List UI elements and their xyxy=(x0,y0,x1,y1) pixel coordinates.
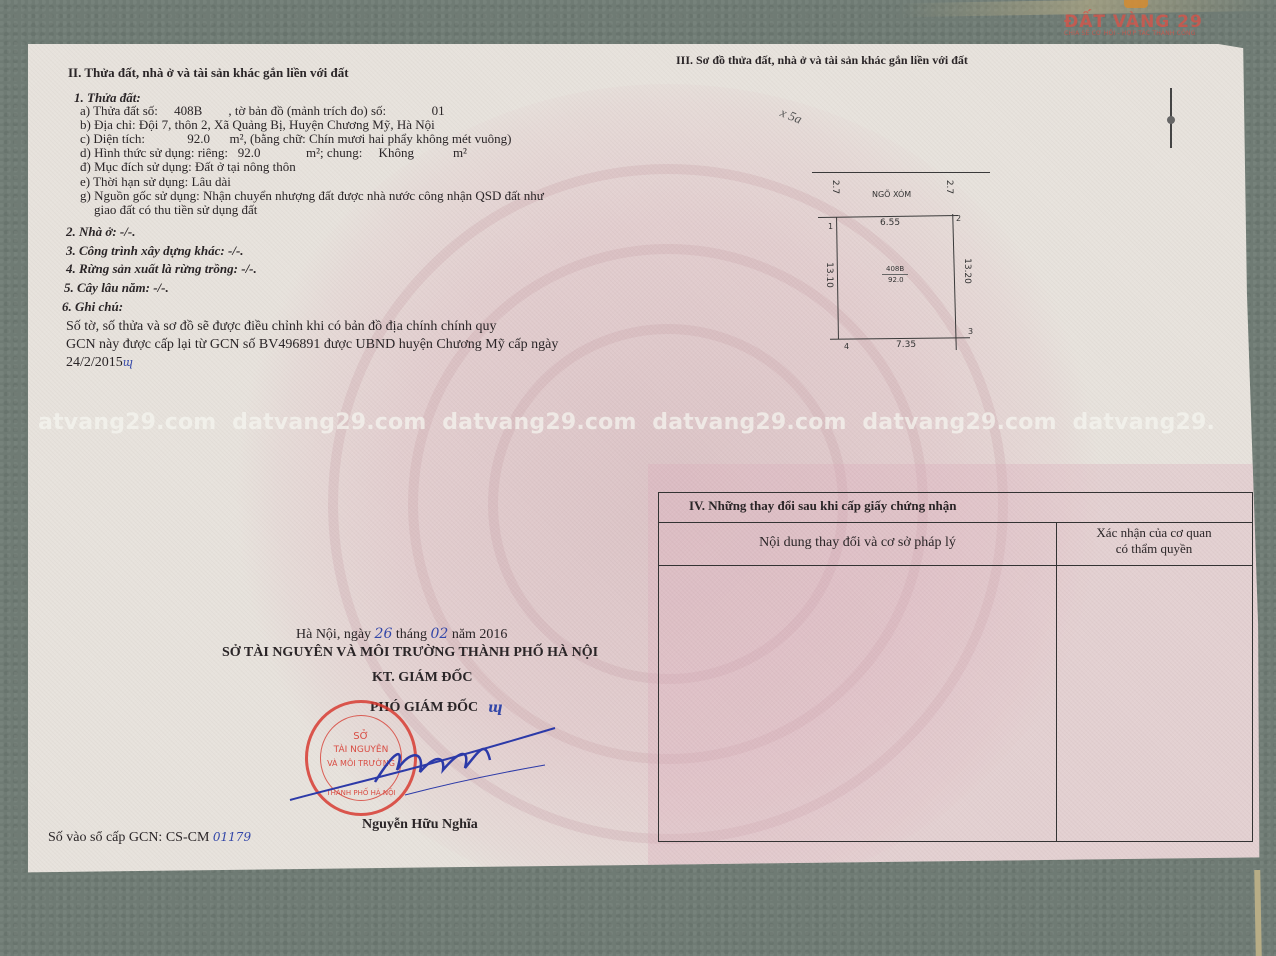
changes-table: IV. Những thay đổi sau khi cấp giấy chứn… xyxy=(658,492,1253,842)
brand-name: ĐẤT VÀNG 29 xyxy=(1064,12,1203,32)
brand-watermark: ĐẤT VÀNG 29 CHIA SẺ CƠ HỘI - HỢP TÁC THÀ… xyxy=(1064,12,1203,37)
on-behalf-title: KT. GIÁM ĐỐC xyxy=(372,670,472,686)
other-construction-item: 3. Công trình xây dựng khác: -/-. xyxy=(66,243,244,259)
signer-name: Nguyễn Hữu Nghĩa xyxy=(362,817,478,833)
column-content-header: Nội dung thay đổi và cơ sở pháp lý xyxy=(659,535,1056,551)
date-day: 26 xyxy=(375,626,393,642)
floor-line xyxy=(1254,870,1262,956)
north-arrow-dot xyxy=(1167,116,1175,124)
vertex-2: 2 xyxy=(956,214,961,223)
notes-heading: 6. Ghi chú: xyxy=(62,299,123,315)
road-width-left: 2.7 xyxy=(830,180,840,194)
road-label: NGÕ XÓM xyxy=(872,190,911,199)
brand-tagline: CHIA SẺ CƠ HỘI - HỢP TÁC THÀNH CÔNG xyxy=(1064,30,1203,37)
changes-table-column-headers: Nội dung thay đổi và cơ sở pháp lý Xác n… xyxy=(659,523,1252,566)
edge-right-length: 13.20 xyxy=(962,258,972,284)
column-confirmation-header-1: Xác nhận của cơ quan xyxy=(1056,525,1252,541)
changes-table-header: IV. Những thay đổi sau khi cấp giấy chứn… xyxy=(659,493,1252,523)
vertex-3: 3 xyxy=(968,327,973,336)
position-initials: ɰ xyxy=(488,700,503,716)
watermark-text: atvang29.com datvang29.com datvang29.com… xyxy=(38,410,1276,435)
edge-top-length: 6.55 xyxy=(880,218,900,228)
forest-item: 4. Rừng sản xuất là rừng trồng: -/-. xyxy=(66,261,257,277)
note-line-1: Số tờ, số thửa và sơ đồ sẽ được điều chỉ… xyxy=(66,319,497,335)
date-month: 02 xyxy=(430,626,448,642)
edge-left xyxy=(836,217,839,339)
section-3-title: III. Sơ đồ thửa đất, nhà ở và tài sản kh… xyxy=(676,53,968,68)
vertex-1: 1 xyxy=(828,222,833,231)
edge-right xyxy=(952,214,957,350)
handwritten-initials: ɰ xyxy=(123,356,133,369)
note-line-2: GCN này được cấp lại từ GCN số BV496891 … xyxy=(66,337,558,353)
registry-number: Số vào sổ cấp GCN: CS-CM 01179 xyxy=(48,830,251,846)
section-4-title: IV. Những thay đổi sau khi cấp giấy chứn… xyxy=(689,498,957,514)
usage-purpose-line: đ) Mục đích sử dụng: Đất ở tại nông thôn xyxy=(80,159,296,175)
section-2-title: II. Thửa đất, nhà ở và tài sản khác gắn … xyxy=(68,65,349,81)
issuing-agency: SỞ TÀI NGUYÊN VÀ MÔI TRƯỜNG THÀNH PHỐ HÀ… xyxy=(222,645,598,661)
column-confirmation-header-2: có thẩm quyền xyxy=(1056,541,1252,557)
road-top-line xyxy=(812,172,990,173)
road-width-right: 2.7 xyxy=(944,180,954,194)
vertex-4: 4 xyxy=(844,342,849,351)
parcel-id: 408B xyxy=(886,265,904,273)
edge-bottom-length: 7.35 xyxy=(896,340,916,350)
parcel-area: 92.0 xyxy=(888,276,904,284)
parcel-fraction-line xyxy=(882,274,908,275)
registry-number-handwritten: 01179 xyxy=(213,830,251,844)
house-item: 2. Nhà ở: -/-. xyxy=(66,224,135,240)
brand-logo-icon xyxy=(1124,0,1148,8)
column-divider xyxy=(1056,523,1057,841)
perennial-tree-item: 5. Cây lâu năm: -/-. xyxy=(64,280,169,296)
handwritten-signature xyxy=(285,720,565,810)
parcel-diagram: 2.7 NGÕ XÓM 2.7 6.55 13.10 13.20 7.35 40… xyxy=(810,170,1010,370)
note-line-3: 24/2/2015ɰ xyxy=(66,355,133,371)
origin-line-2: giao đất có thu tiền sử dụng đất xyxy=(94,202,257,218)
edge-left-length: 13.10 xyxy=(824,262,834,288)
signing-date: Hà Nội, ngày 26 tháng 02 năm 2016 xyxy=(296,626,507,643)
